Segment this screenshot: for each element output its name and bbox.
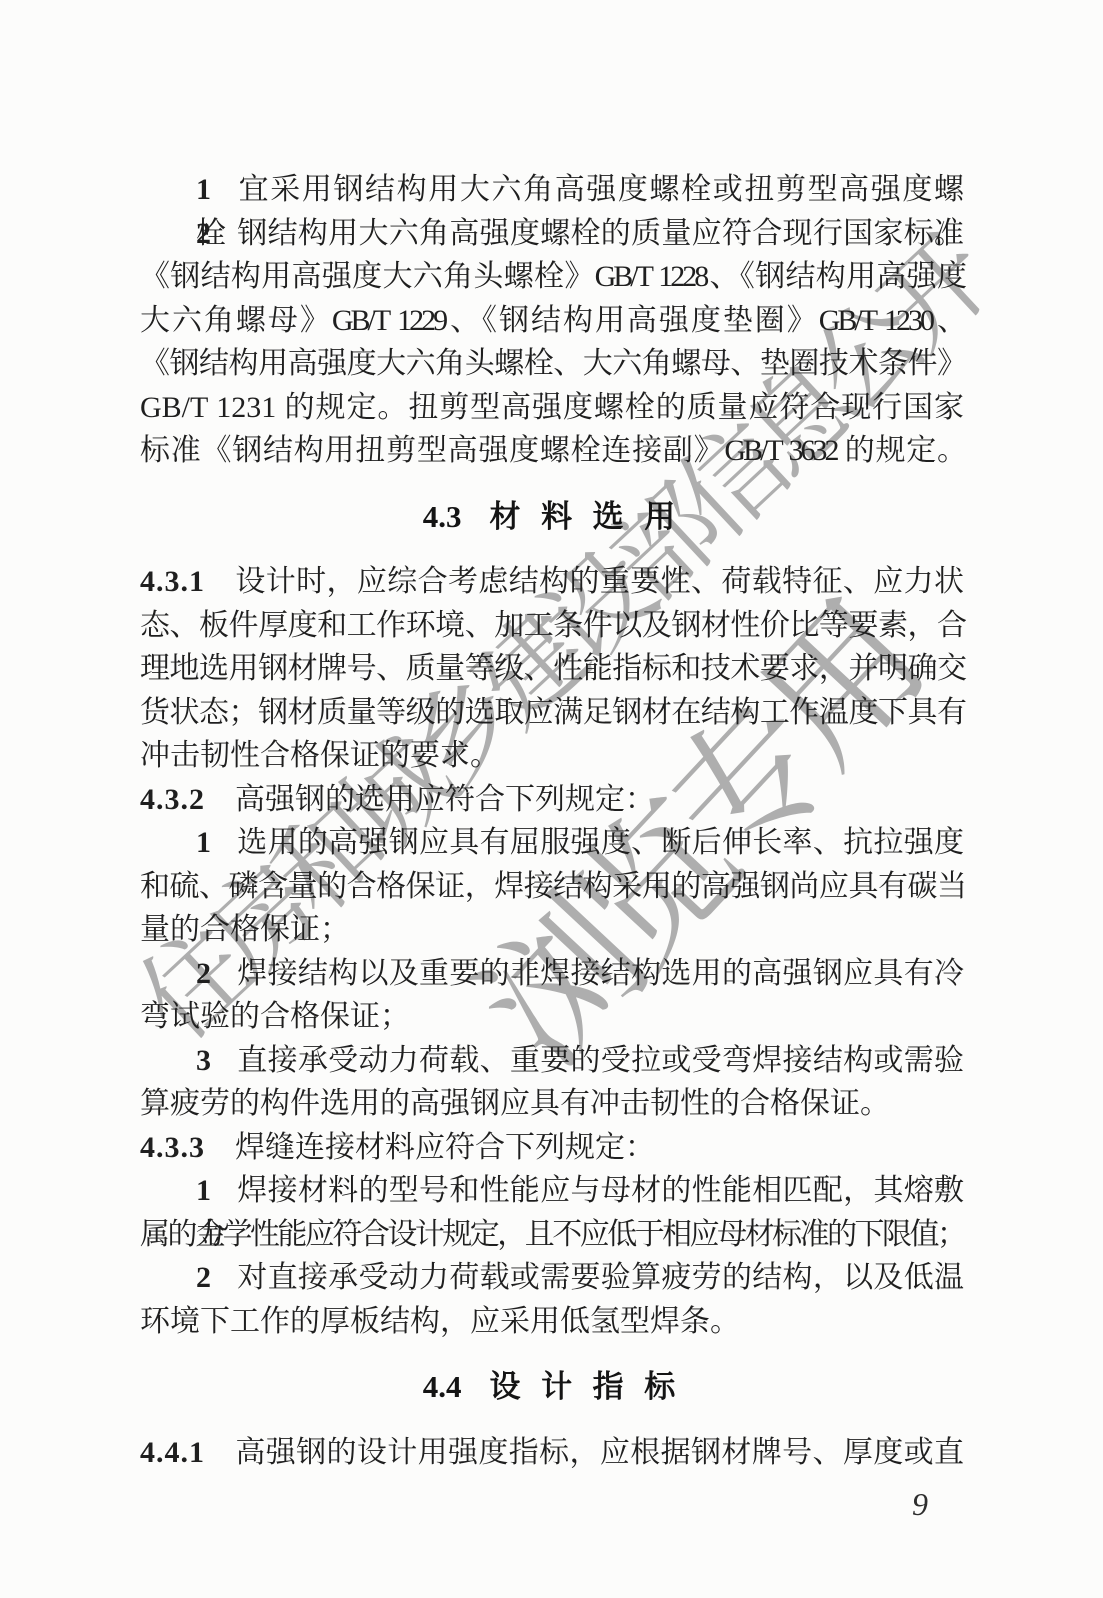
line-text: 货状态；钢材质量等级的选取应满足钢材在结构工作温度下具有: [140, 696, 964, 729]
line-text: 《钢结构用高强度大六角头螺栓、大六角螺母、垫圈技术条件》: [140, 347, 964, 380]
body-line: 4.3.2高强钢的选用应符合下列规定：: [140, 778, 964, 822]
body-line: 环境下工作的厚板结构，应采用低氢型焊条。: [140, 1300, 964, 1344]
body-line: 《钢结构用高强度大六角头螺栓、大六角螺母、垫圈技术条件》: [140, 342, 964, 386]
body-line: 4.3.1设计时，应综合考虑结构的重要性、荷载特征、应力状: [140, 560, 964, 604]
section-number: 4.4: [423, 1369, 462, 1404]
body-line: 态、板件厚度和工作环境、加工条件以及钢材性价比等要素，合: [140, 604, 964, 648]
line-text: 钢结构用大六角高强度螺栓的质量应符合现行国家标准: [237, 217, 964, 250]
line-text: 标准《钢结构用扭剪型高强度螺栓连接副》GB/T 3632 的规定。: [140, 434, 964, 467]
line-text: 量的合格保证；: [140, 913, 350, 946]
line-text: 对直接承受动力荷载或需要验算疲劳的结构，以及低温: [237, 1261, 964, 1294]
clause-number: 4.4.1: [140, 1436, 205, 1469]
clause-number: 4.3.2: [140, 783, 205, 816]
item-number: 1: [196, 1174, 211, 1207]
body-line: 量的合格保证；: [140, 908, 964, 952]
body-line: 和硫、磷含量的合格保证，焊接结构采用的高强钢尚应具有碳当: [140, 865, 964, 909]
body-line: 《钢结构用高强度大六角头螺栓》GB/T 1228、《钢结构用高强度: [140, 255, 964, 299]
section-heading-4-4: 4.4设 计 指 标: [140, 1365, 964, 1409]
page-number: 9: [912, 1486, 928, 1523]
section-heading-4-3: 4.3材 料 选 用: [140, 495, 964, 539]
line-text: 态、板件厚度和工作环境、加工条件以及钢材性价比等要素，合: [140, 609, 964, 642]
line-text: 高强钢的选用应符合下列规定：: [235, 783, 655, 816]
body-line: 4.3.3焊缝连接材料应符合下列规定：: [140, 1126, 964, 1170]
line-text: 属的力学性能应符合设计规定，且不应低于相应母材标准的下限值；: [140, 1218, 964, 1251]
line-text: 选用的高强钢应具有屈服强度、断后伸长率、抗拉强度: [237, 826, 964, 859]
body-line: 算疲劳的构件选用的高强钢应具有冲击韧性的合格保证。: [140, 1082, 964, 1126]
body-line: 1宜采用钢结构用大六角高强度螺栓或扭剪型高强度螺栓。: [140, 168, 964, 212]
line-text: 焊接结构以及重要的非焊接结构选用的高强钢应具有冷: [237, 957, 964, 990]
line-text: 冲击韧性合格保证的要求。: [140, 739, 500, 772]
body-line: 1选用的高强钢应具有屈服强度、断后伸长率、抗拉强度: [140, 821, 964, 865]
item-number: 3: [196, 1044, 211, 1077]
document-page: 住房和城乡建设部信息公开 浏览专用 1宜采用钢结构用大六角高强度螺栓或扭剪型高强…: [0, 0, 1103, 1598]
line-text: 大六角螺母》GB/T 1229、《钢结构用高强度垫圈》GB/T 1230、: [140, 304, 964, 337]
body-line: GB/T 1231 的规定。扭剪型高强度螺栓的质量应符合现行国家: [140, 386, 964, 430]
line-text: 高强钢的设计用强度指标，应根据钢材牌号、厚度或直: [235, 1436, 964, 1469]
clause-number: 4.3.3: [140, 1131, 205, 1164]
line-text: 弯试验的合格保证；: [140, 1000, 410, 1033]
body-line: 标准《钢结构用扭剪型高强度螺栓连接副》GB/T 3632 的规定。: [140, 429, 964, 473]
item-number: 1: [196, 826, 211, 859]
line-text: 和硫、磷含量的合格保证，焊接结构采用的高强钢尚应具有碳当: [140, 870, 964, 903]
item-number: 1: [196, 173, 211, 206]
line-text: 《钢结构用高强度大六角头螺栓》GB/T 1228、《钢结构用高强度: [140, 260, 964, 293]
body-line: 4.4.1高强钢的设计用强度指标，应根据钢材牌号、厚度或直: [140, 1431, 964, 1475]
body-line: 属的力学性能应符合设计规定，且不应低于相应母材标准的下限值；: [140, 1213, 964, 1257]
line-text: 焊缝连接材料应符合下列规定：: [235, 1131, 655, 1164]
body-line: 理地选用钢材牌号、质量等级、性能指标和技术要求，并明确交: [140, 647, 964, 691]
line-text: 理地选用钢材牌号、质量等级、性能指标和技术要求，并明确交: [140, 652, 964, 685]
body-line: 3直接承受动力荷载、重要的受拉或受弯焊接结构或需验: [140, 1039, 964, 1083]
body-line: 冲击韧性合格保证的要求。: [140, 734, 964, 778]
body-line: 大六角螺母》GB/T 1229、《钢结构用高强度垫圈》GB/T 1230、: [140, 299, 964, 343]
body-line: 货状态；钢材质量等级的选取应满足钢材在结构工作温度下具有: [140, 691, 964, 735]
item-number: 2: [196, 1261, 211, 1294]
page-content: 1宜采用钢结构用大六角高强度螺栓或扭剪型高强度螺栓。 2钢结构用大六角高强度螺栓…: [140, 168, 964, 1474]
line-text: GB/T 1231 的规定。扭剪型高强度螺栓的质量应符合现行国家: [140, 391, 964, 424]
line-text: 直接承受动力荷载、重要的受拉或受弯焊接结构或需验: [237, 1044, 964, 1077]
body-line: 弯试验的合格保证；: [140, 995, 964, 1039]
line-text: 环境下工作的厚板结构，应采用低氢型焊条。: [140, 1305, 740, 1338]
item-number: 2: [196, 957, 211, 990]
section-title: 材 料 选 用: [489, 499, 681, 534]
line-text: 算疲劳的构件选用的高强钢应具有冲击韧性的合格保证。: [140, 1087, 890, 1120]
section-number: 4.3: [423, 499, 462, 534]
clause-number: 4.3.1: [140, 565, 205, 598]
body-line: 2焊接结构以及重要的非焊接结构选用的高强钢应具有冷: [140, 952, 964, 996]
body-line: 2钢结构用大六角高强度螺栓的质量应符合现行国家标准: [140, 212, 964, 256]
body-line: 2对直接承受动力荷载或需要验算疲劳的结构，以及低温: [140, 1256, 964, 1300]
section-title: 设 计 指 标: [489, 1369, 681, 1404]
body-line: 1焊接材料的型号和性能应与母材的性能相匹配，其熔敷金: [140, 1169, 964, 1213]
line-text: 设计时，应综合考虑结构的重要性、荷载特征、应力状: [235, 565, 964, 598]
item-number: 2: [196, 217, 211, 250]
